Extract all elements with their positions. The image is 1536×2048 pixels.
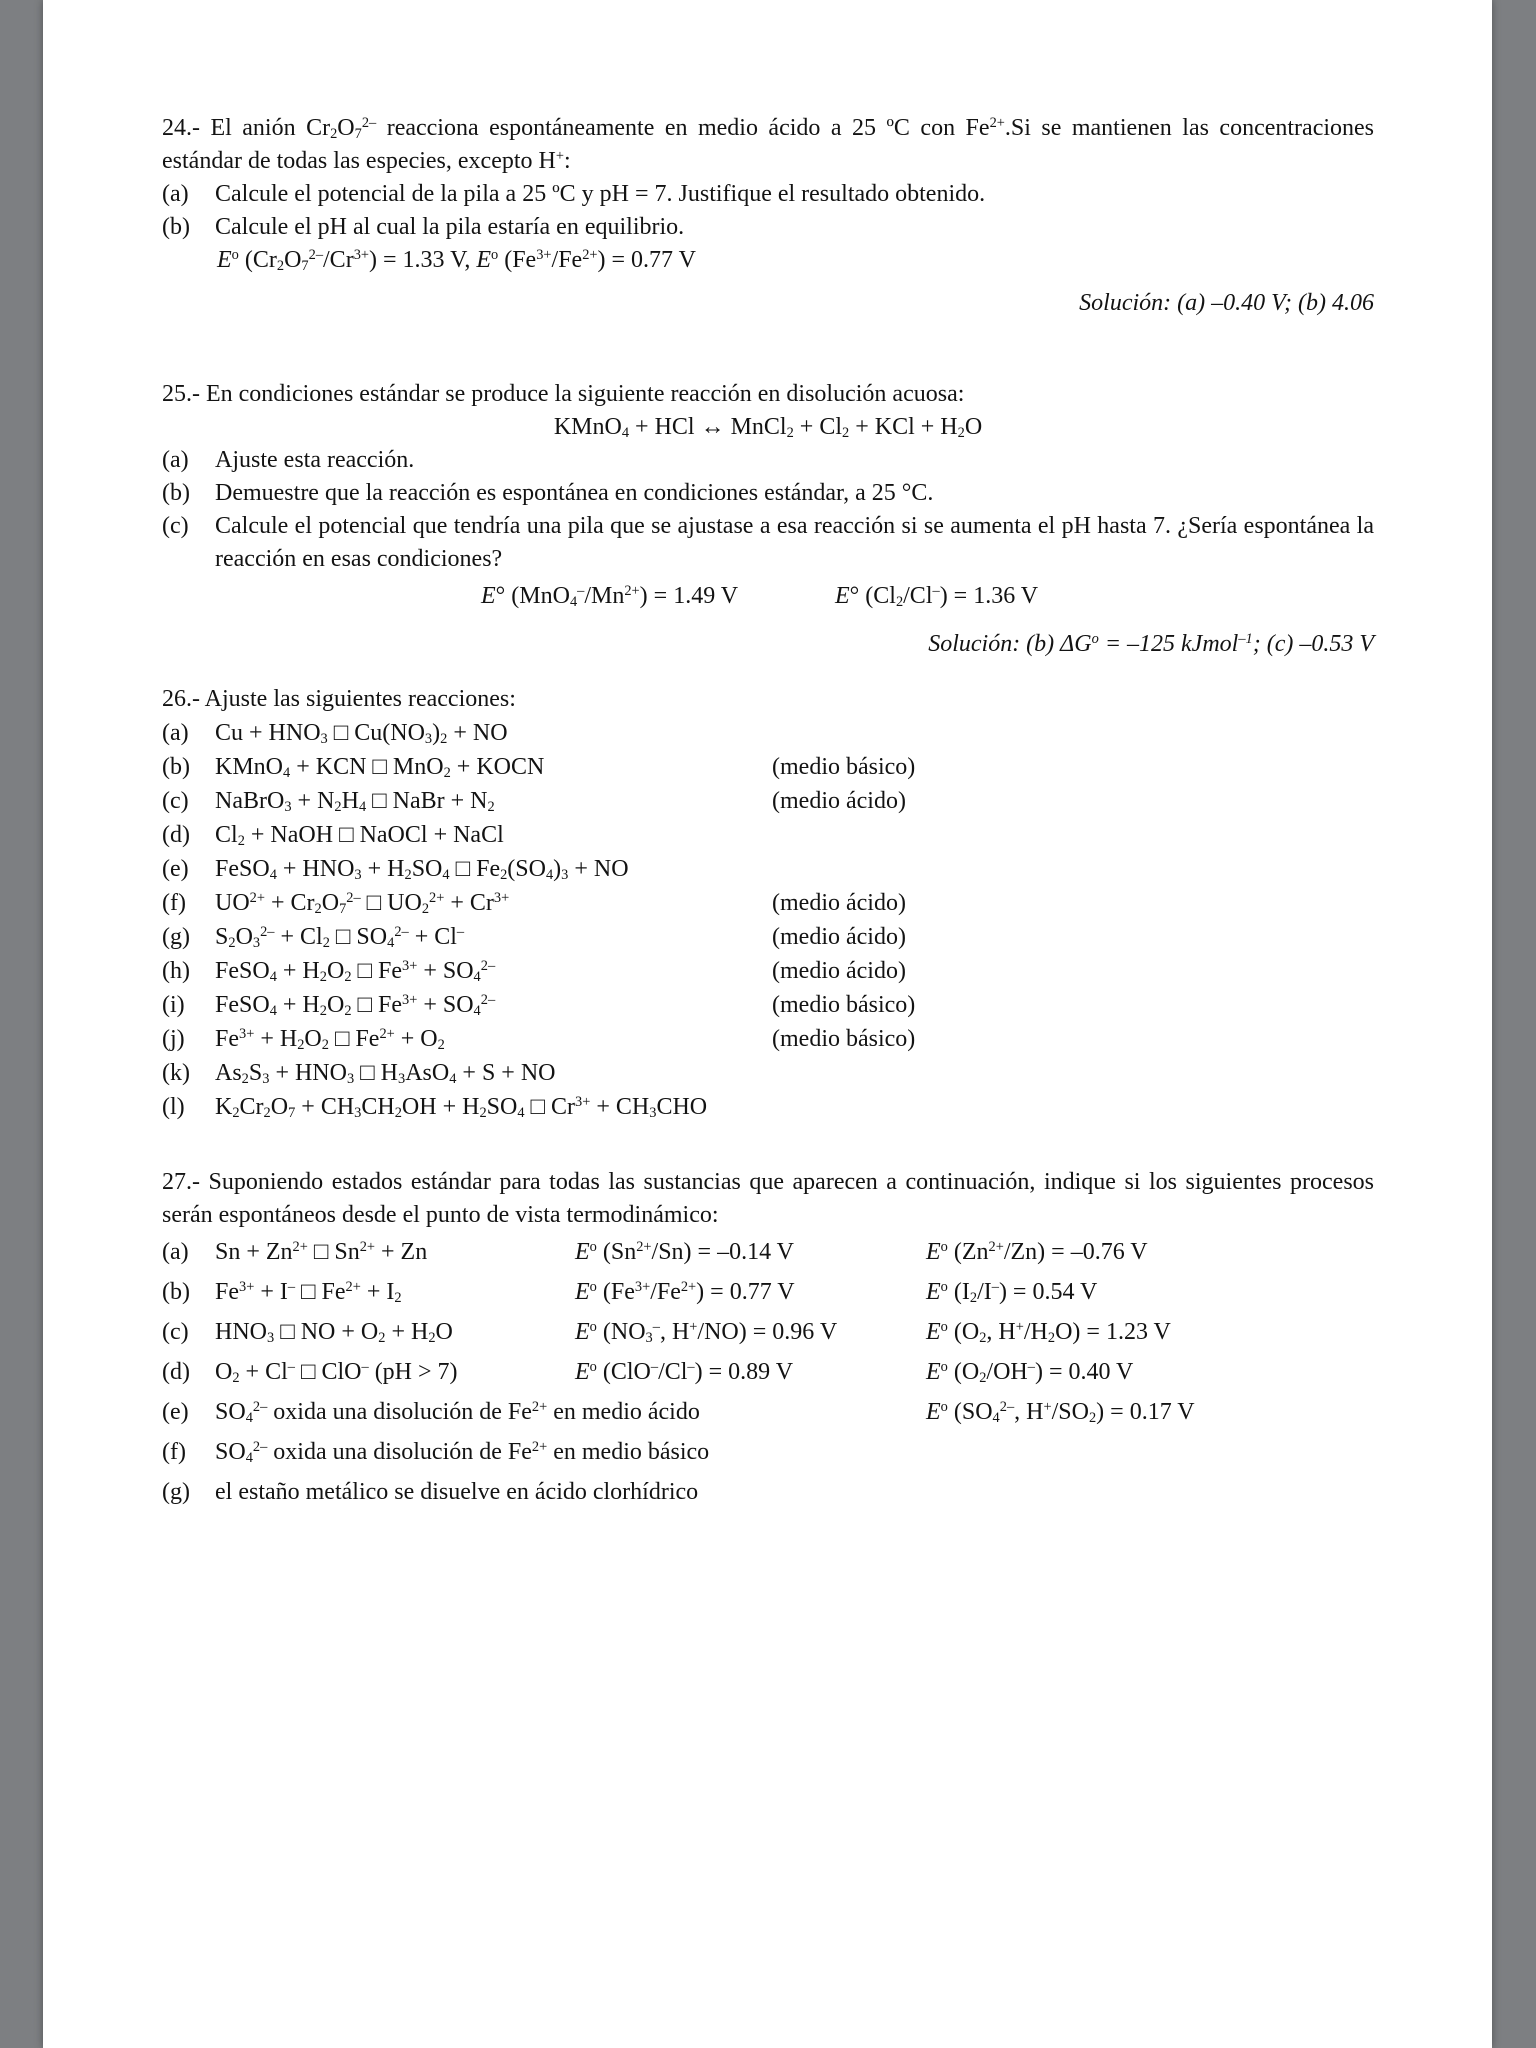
problem-27-list: (a)Sn + Zn2+ □ Sn2+ + Zn Eo (Sn2+/Sn) = … — [162, 1232, 1374, 1512]
process-row-f: (f)SO42– oxida una disolución de Fe2+ en… — [162, 1432, 1374, 1472]
reaction-formula: Cl2 + NaOH □ NaOCl + NaCl — [215, 822, 504, 848]
problem-26: 26.- Ajuste las siguientes reacciones: (… — [162, 683, 1374, 1124]
item-label: (b) — [162, 1272, 215, 1312]
medium-note: (medio básico) — [772, 750, 915, 784]
potential-1: Eo (ClO–/Cl–) = 0.89 V — [575, 1352, 793, 1392]
reaction-row-d: (d)Cl2 + NaOH □ NaOCl + NaCl — [162, 818, 1374, 852]
item-label: (c) — [162, 784, 215, 818]
problem-24-intro: 24.- El anión Cr2O72– reacciona espontán… — [162, 112, 1374, 178]
problem-25-item-b: (b) Demuestre que la reacción es espontá… — [162, 477, 1374, 510]
item-label: (b) — [162, 211, 215, 244]
potential-2: Eo (O2/OH–) = 0.40 V — [926, 1352, 1133, 1392]
item-label: (a) — [162, 444, 215, 477]
reaction-formula: Fe3+ + H2O2 □ Fe2+ + O2 — [215, 1026, 445, 1052]
reaction-row-g: (g)S2O32– + Cl2 □ SO42– + Cl–(medio ácid… — [162, 920, 1374, 954]
problem-24-item-b: (b) Calcule el pH al cual la pila estarí… — [162, 211, 1374, 244]
problem-24-solution: Solución: (a) –0.40 V; (b) 4.06 — [162, 287, 1374, 320]
problem-24-potentials: Eo (Cr2O72–/Cr3+) = 1.33 V, Eo (Fe3+/Fe2… — [162, 244, 1374, 277]
problem-25-equation: KMnO4 + HCl ↔ MnCl2 + Cl2 + KCl + H2O — [162, 411, 1374, 444]
potential-2: Eo (Zn2+/Zn) = –0.76 V — [926, 1232, 1148, 1272]
medium-note: (medio ácido) — [772, 920, 906, 954]
problem-25-solution: Solución: (b) ΔGo = –125 kJmol–1; (c) –0… — [162, 628, 1374, 661]
medium-note: (medio ácido) — [772, 954, 906, 988]
medium-note: (medio básico) — [772, 988, 915, 1022]
item-label: (d) — [162, 1352, 215, 1392]
item-label: (e) — [162, 1392, 215, 1432]
item-text: Calcule el pH al cual la pila estaría en… — [215, 211, 1374, 244]
item-label: (j) — [162, 1022, 215, 1056]
problem-25-intro: 25.- En condiciones estándar se produce … — [162, 378, 1374, 411]
item-label: (a) — [162, 178, 215, 211]
process-formula: Sn + Zn2+ □ Sn2+ + Zn — [215, 1239, 427, 1265]
reaction-row-e: (e)FeSO4 + HNO3 + H2SO4 □ Fe2(SO4)3 + NO — [162, 852, 1374, 886]
problem-25: 25.- En condiciones estándar se produce … — [162, 378, 1374, 661]
item-label: (c) — [162, 1312, 215, 1352]
item-label: (g) — [162, 920, 215, 954]
process-row-d: (d)O2 + Cl– □ ClO– (pH > 7) Eo (ClO–/Cl–… — [162, 1352, 1374, 1392]
problem-27-intro: 27.- Suponiendo estados estándar para to… — [162, 1166, 1374, 1232]
item-text: Calcule el potencial de la pila a 25 ºC … — [215, 178, 1374, 211]
reaction-row-c: (c)NaBrO3 + N2H4 □ NaBr + N2(medio ácido… — [162, 784, 1374, 818]
process-formula: Fe3+ + I– □ Fe2+ + I2 — [215, 1279, 402, 1305]
problem-24-item-a: (a) Calcule el potencial de la pila a 25… — [162, 178, 1374, 211]
reaction-row-l: (l)K2Cr2O7 + CH3CH2OH + H2SO4 □ Cr3+ + C… — [162, 1090, 1374, 1124]
reaction-formula: NaBrO3 + N2H4 □ NaBr + N2 — [215, 788, 495, 814]
item-label: (f) — [162, 1432, 215, 1472]
item-text: Ajuste esta reacción. — [215, 444, 1374, 477]
potential-2: Eo (O2, H+/H2O) = 1.23 V — [926, 1312, 1171, 1352]
reaction-row-b: (b)KMnO4 + KCN □ MnO2 + KOCN(medio básic… — [162, 750, 1374, 784]
process-formula: HNO3 □ NO + O2 + H2O — [215, 1319, 453, 1345]
problem-25-potentials: E° (MnO4–/Mn2+) = 1.49 V E° (Cl2/Cl–) = … — [162, 576, 1374, 616]
item-label: (l) — [162, 1090, 215, 1124]
item-label: (h) — [162, 954, 215, 988]
item-label: (a) — [162, 716, 215, 750]
item-label: (d) — [162, 818, 215, 852]
potential-1: Eo (Sn2+/Sn) = –0.14 V — [575, 1232, 794, 1272]
potential-1: E° (MnO4–/Mn2+) = 1.49 V — [481, 576, 738, 616]
reaction-formula: As2S3 + HNO3 □ H3AsO4 + S + NO — [215, 1060, 556, 1086]
reaction-formula: KMnO4 + KCN □ MnO2 + KOCN — [215, 754, 544, 780]
reaction-formula: Cu + HNO3 □ Cu(NO3)2 + NO — [215, 720, 508, 746]
process-formula: SO42– oxida una disolución de Fe2+ en me… — [215, 1439, 709, 1465]
item-label: (e) — [162, 852, 215, 886]
process-row-a: (a)Sn + Zn2+ □ Sn2+ + Zn Eo (Sn2+/Sn) = … — [162, 1232, 1374, 1272]
potential-1: Eo (NO3–, H+/NO) = 0.96 V — [575, 1312, 837, 1352]
problem-24: 24.- El anión Cr2O72– reacciona espontán… — [162, 112, 1374, 320]
problem-26-list: (a)Cu + HNO3 □ Cu(NO3)2 + NO (b)KMnO4 + … — [162, 716, 1374, 1124]
reaction-row-j: (j)Fe3+ + H2O2 □ Fe2+ + O2(medio básico) — [162, 1022, 1374, 1056]
reaction-row-a: (a)Cu + HNO3 □ Cu(NO3)2 + NO — [162, 716, 1374, 750]
item-label: (b) — [162, 750, 215, 784]
process-formula: SO42– oxida una disolución de Fe2+ en me… — [215, 1399, 700, 1425]
problem-25-item-a: (a) Ajuste esta reacción. — [162, 444, 1374, 477]
item-label: (f) — [162, 886, 215, 920]
page-content: 24.- El anión Cr2O72– reacciona espontán… — [43, 0, 1492, 1512]
potential-2: E° (Cl2/Cl–) = 1.36 V — [835, 576, 1038, 616]
medium-note: (medio ácido) — [772, 784, 906, 818]
item-label: (a) — [162, 1232, 215, 1272]
reaction-formula: K2Cr2O7 + CH3CH2OH + H2SO4 □ Cr3+ + CH3C… — [215, 1094, 707, 1120]
reaction-formula: FeSO4 + H2O2 □ Fe3+ + SO42– — [215, 992, 495, 1018]
potential-1: Eo (Fe3+/Fe2+) = 0.77 V — [575, 1272, 795, 1312]
problem-27: 27.- Suponiendo estados estándar para to… — [162, 1166, 1374, 1512]
medium-note: (medio básico) — [772, 1022, 915, 1056]
reaction-formula: S2O32– + Cl2 □ SO42– + Cl– — [215, 924, 464, 950]
reaction-formula: UO2+ + Cr2O72– □ UO22+ + Cr3+ — [215, 890, 509, 916]
process-row-e: (e)SO42– oxida una disolución de Fe2+ en… — [162, 1392, 1374, 1432]
potential-2: Eo (SO42–, H+/SO2) = 0.17 V — [926, 1392, 1195, 1432]
document-page: 24.- El anión Cr2O72– reacciona espontán… — [43, 0, 1492, 2048]
reaction-formula: FeSO4 + HNO3 + H2SO4 □ Fe2(SO4)3 + NO — [215, 856, 629, 882]
reaction-row-i: (i)FeSO4 + H2O2 □ Fe3+ + SO42–(medio bás… — [162, 988, 1374, 1022]
item-label: (b) — [162, 477, 215, 510]
item-label: (g) — [162, 1472, 215, 1512]
reaction-formula: FeSO4 + H2O2 □ Fe3+ + SO42– — [215, 958, 495, 984]
item-label: (c) — [162, 510, 215, 576]
process-row-g: (g)el estaño metálico se disuelve en áci… — [162, 1472, 1374, 1512]
reaction-row-h: (h)FeSO4 + H2O2 □ Fe3+ + SO42–(medio áci… — [162, 954, 1374, 988]
item-text: Demuestre que la reacción es espontánea … — [215, 477, 1374, 510]
item-label: (i) — [162, 988, 215, 1022]
potential-2: Eo (I2/I–) = 0.54 V — [926, 1272, 1097, 1312]
process-row-b: (b)Fe3+ + I– □ Fe2+ + I2 Eo (Fe3+/Fe2+) … — [162, 1272, 1374, 1312]
reaction-row-f: (f)UO2+ + Cr2O72– □ UO22+ + Cr3+(medio á… — [162, 886, 1374, 920]
process-formula: el estaño metálico se disuelve en ácido … — [215, 1479, 698, 1505]
medium-note: (medio ácido) — [772, 886, 906, 920]
reaction-row-k: (k)As2S3 + HNO3 □ H3AsO4 + S + NO — [162, 1056, 1374, 1090]
problem-26-intro: 26.- Ajuste las siguientes reacciones: — [162, 683, 1374, 716]
item-label: (k) — [162, 1056, 215, 1090]
item-text: Calcule el potencial que tendría una pil… — [215, 510, 1374, 576]
process-row-c: (c)HNO3 □ NO + O2 + H2O Eo (NO3–, H+/NO)… — [162, 1312, 1374, 1352]
process-formula: O2 + Cl– □ ClO– (pH > 7) — [215, 1359, 458, 1385]
problem-25-item-c: (c) Calcule el potencial que tendría una… — [162, 510, 1374, 576]
